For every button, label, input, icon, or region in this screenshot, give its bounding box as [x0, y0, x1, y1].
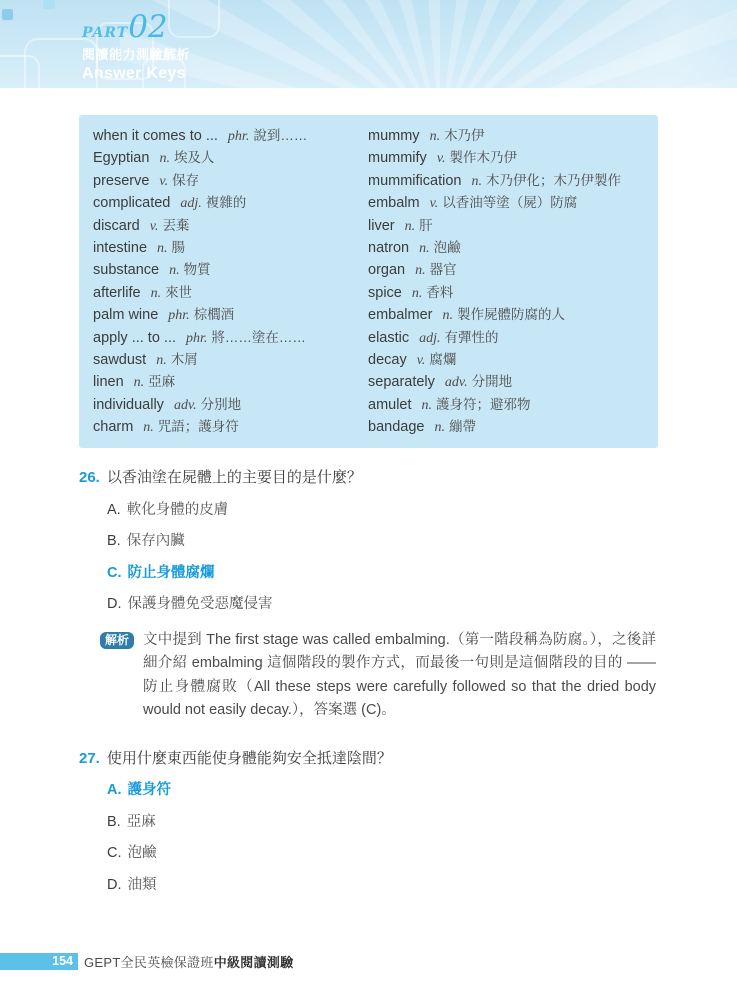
page-number-badge: 154: [0, 953, 78, 970]
vocab-item: intestinen.腸: [93, 237, 368, 259]
footer-series: GEPT全民英檢保證班: [84, 955, 214, 970]
vocab-definition: 木乃伊: [444, 128, 485, 143]
vocab-item: linenn.亞麻: [93, 371, 368, 393]
options-list: A.軟化身體的皮膚B.保存內臟C.防止身體腐爛D.保護身體免受惡魔侵害: [107, 501, 659, 615]
vocab-definition: 肝: [419, 218, 433, 233]
option-text: 軟化身體的皮膚: [127, 502, 229, 518]
option-label: A.: [107, 502, 121, 518]
option-text: 護身符: [128, 782, 172, 798]
question-number: 26.: [79, 469, 100, 486]
page-header: PART02 閱讀能力測驗解析 Answer Keys: [0, 0, 737, 88]
vocab-word: embalm: [368, 195, 420, 211]
vocab-item: Egyptiann.埃及人: [93, 147, 368, 169]
vocab-word: decay: [368, 352, 407, 368]
page-footer: 154 GEPT全民英檢保證班中級閱讀測驗: [0, 953, 737, 970]
questions-section: 26.以香油塗在屍體上的主要目的是什麼？A.軟化身體的皮膚B.保存內臟C.防止身…: [79, 468, 659, 895]
vocab-word: charm: [93, 419, 133, 435]
vocab-word: substance: [93, 262, 159, 278]
vocab-definition: 製作木乃伊: [450, 150, 518, 165]
vocab-definition: 分開地: [472, 374, 513, 389]
vocab-definition: 棕櫚酒: [194, 307, 235, 322]
vocab-pos: n.: [157, 241, 168, 256]
vocab-definition: 腸: [172, 240, 186, 255]
option-label: A.: [107, 782, 122, 798]
vocab-word: spice: [368, 285, 402, 301]
vocab-pos: v.: [150, 219, 159, 234]
vocab-pos: n.: [430, 129, 441, 144]
question-line: 26.以香油塗在屍體上的主要目的是什麼？: [79, 468, 659, 488]
vocab-pos: v.: [430, 196, 439, 211]
vocab-pos: phr.: [228, 129, 249, 144]
vocab-word: apply ... to ...: [93, 330, 176, 346]
header-subtitle-en: Answer Keys: [82, 65, 190, 83]
vocab-pos: n.: [405, 219, 416, 234]
vocab-pos: adv.: [445, 375, 468, 390]
vocab-pos: n.: [422, 398, 433, 413]
option: D.油類: [107, 876, 659, 895]
vocab-item: charmn.咒語；護身符: [93, 416, 368, 438]
vocab-definition: 複雜的: [206, 195, 247, 210]
vocab-item: mummifyv.製作木乃伊: [368, 147, 658, 169]
vocab-definition: 物質: [184, 262, 211, 277]
vocab-pos: n.: [419, 241, 430, 256]
vocabulary-box: when it comes to ...phr.說到……Egyptiann.埃及…: [79, 115, 658, 448]
explanation-text: 文中提到 The first stage was called embalmin…: [143, 629, 656, 723]
option-label: B.: [107, 533, 121, 549]
vocab-item: palm winephr.棕櫚酒: [93, 304, 368, 326]
vocab-pos: n.: [151, 286, 162, 301]
vocab-pos: v.: [159, 174, 168, 189]
option-text: 保護身體免受惡魔侵害: [128, 596, 273, 612]
vocab-definition: 木屑: [171, 352, 198, 367]
vocab-word: Egyptian: [93, 150, 149, 166]
footer-book-title: GEPT全民英檢保證班中級閱讀測驗: [84, 952, 294, 971]
vocab-item: discardv.丟棄: [93, 215, 368, 237]
vocab-column-left: when it comes to ...phr.說到……Egyptiann.埃及…: [93, 125, 368, 448]
vocab-definition: 來世: [165, 285, 192, 300]
vocab-item: substancen.物質: [93, 259, 368, 281]
option: B.亞麻: [107, 813, 659, 832]
vocab-definition: 腐爛: [429, 352, 456, 367]
vocab-item: embalmv.以香油等塗（屍）防腐: [368, 192, 658, 214]
vocab-word: afterlife: [93, 285, 141, 301]
option-correct-answer: C.防止身體腐爛: [107, 564, 659, 583]
decor-chip: [43, 0, 55, 9]
option-text: 油類: [128, 877, 157, 893]
vocab-word: liver: [368, 218, 395, 234]
vocab-definition: 有彈性的: [445, 330, 499, 345]
option-label: D.: [107, 877, 122, 893]
vocab-definition: 製作屍體防腐的人: [457, 307, 565, 322]
vocab-item: elasticadj.有彈性的: [368, 327, 658, 349]
vocab-word: individually: [93, 397, 164, 413]
vocab-definition: 泡鹼: [434, 240, 461, 255]
vocab-word: palm wine: [93, 307, 158, 323]
vocab-item: preservev.保存: [93, 170, 368, 192]
vocab-word: amulet: [368, 397, 412, 413]
vocab-item: organn.器官: [368, 259, 658, 281]
decor-rounded-square: [0, 55, 40, 88]
header-title: PART02 閱讀能力測驗解析 Answer Keys: [82, 12, 190, 83]
vocab-definition: 以香油等塗（屍）防腐: [442, 195, 577, 210]
vocab-item: livern.肝: [368, 215, 658, 237]
vocab-pos: n.: [471, 174, 482, 189]
vocab-item: mummyn.木乃伊: [368, 125, 658, 147]
question-block: 27.使用什麼東西能使身體能夠安全抵達陰間？A.護身符B.亞麻C.泡鹼D.油類: [79, 749, 659, 895]
vocab-definition: 咒語；護身符: [158, 419, 239, 434]
vocab-column-right: mummyn.木乃伊mummifyv.製作木乃伊mummificationn.木…: [368, 125, 658, 448]
question-block: 26.以香油塗在屍體上的主要目的是什麼？A.軟化身體的皮膚B.保存內臟C.防止身…: [79, 468, 659, 723]
vocab-word: elastic: [368, 330, 409, 346]
vocab-pos: n.: [415, 263, 426, 278]
vocab-item: mummificationn.木乃伊化；木乃伊製作: [368, 170, 658, 192]
vocab-pos: n.: [143, 420, 154, 435]
vocab-item: amuletn.護身符；避邪物: [368, 394, 658, 416]
vocab-item: complicatedadj.複雜的: [93, 192, 368, 214]
vocab-item: apply ... to ...phr.將……塗在……: [93, 327, 368, 349]
vocab-item: embalmern.製作屍體防腐的人: [368, 304, 658, 326]
book-page: PART02 閱讀能力測驗解析 Answer Keys when it come…: [0, 0, 737, 1004]
vocab-pos: n.: [159, 151, 170, 166]
vocab-definition: 木乃伊化；木乃伊製作: [486, 173, 621, 188]
vocab-item: bandagen.繃帶: [368, 416, 658, 438]
part-script-text: PART: [82, 25, 128, 41]
explanation-badge: 解析: [100, 632, 134, 649]
vocab-item: separatelyadv.分開地: [368, 371, 658, 393]
vocab-pos: n.: [156, 353, 167, 368]
vocab-item: individuallyadv.分別地: [93, 394, 368, 416]
part-label: PART02: [82, 12, 190, 43]
vocab-definition: 丟棄: [162, 218, 189, 233]
option: A.軟化身體的皮膚: [107, 501, 659, 520]
question-number: 27.: [79, 750, 100, 767]
option-label: B.: [107, 814, 121, 830]
vocab-word: embalmer: [368, 307, 432, 323]
vocab-item: when it comes to ...phr.說到……: [93, 125, 368, 147]
option-text: 保存內臟: [127, 533, 185, 549]
vocab-definition: 說到……: [253, 128, 307, 143]
vocab-definition: 分別地: [201, 397, 242, 412]
vocab-item: sawdustn.木屑: [93, 349, 368, 371]
vocab-definition: 保存: [172, 173, 199, 188]
vocab-definition: 器官: [430, 262, 457, 277]
vocab-item: natronn.泡鹼: [368, 237, 658, 259]
vocab-definition: 埃及人: [174, 150, 215, 165]
vocab-definition: 護身符；避邪物: [436, 397, 531, 412]
vocab-definition: 亞麻: [148, 374, 175, 389]
vocab-pos: phr.: [186, 331, 207, 346]
vocab-pos: n.: [412, 286, 423, 301]
vocab-word: bandage: [368, 419, 424, 435]
option-label: C.: [107, 565, 122, 581]
option-label: D.: [107, 596, 122, 612]
vocab-definition: 香料: [426, 285, 453, 300]
vocab-word: mummify: [368, 150, 427, 166]
part-number: 02: [128, 9, 167, 45]
vocab-word: natron: [368, 240, 409, 256]
vocab-word: organ: [368, 262, 405, 278]
vocab-word: linen: [93, 374, 124, 390]
option-text: 防止身體腐爛: [128, 565, 215, 581]
vocab-word: when it comes to ...: [93, 128, 218, 144]
vocab-pos: n.: [434, 420, 445, 435]
option-text: 泡鹼: [128, 845, 157, 861]
vocab-word: mummification: [368, 173, 461, 189]
vocab-item: decayv.腐爛: [368, 349, 658, 371]
option-label: C.: [107, 845, 122, 861]
vocab-pos: n.: [442, 308, 453, 323]
vocab-definition: 將……塗在……: [211, 330, 306, 345]
option: B.保存內臟: [107, 532, 659, 551]
option-text: 亞麻: [127, 814, 156, 830]
vocab-pos: n.: [134, 375, 145, 390]
open-book-highlight: [517, 0, 737, 88]
question-line: 27.使用什麼東西能使身體能夠安全抵達陰間？: [79, 749, 659, 769]
vocab-item: spicen.香料: [368, 282, 658, 304]
vocab-pos: adv.: [174, 398, 197, 413]
footer-title-bold: 中級閱讀測驗: [214, 955, 294, 970]
vocab-pos: n.: [169, 263, 180, 278]
explanation-block: 解析文中提到 The first stage was called embalm…: [100, 629, 659, 723]
vocab-word: complicated: [93, 195, 170, 211]
decor-chip: [2, 9, 13, 20]
vocab-pos: v.: [417, 353, 426, 368]
vocab-word: separately: [368, 374, 435, 390]
vocab-pos: adj.: [180, 196, 201, 211]
vocab-word: intestine: [93, 240, 147, 256]
option-correct-answer: A.護身符: [107, 781, 659, 800]
vocab-pos: adj.: [419, 331, 440, 346]
option: D.保護身體免受惡魔侵害: [107, 595, 659, 614]
vocab-word: mummy: [368, 128, 420, 144]
option: C.泡鹼: [107, 844, 659, 863]
vocab-word: discard: [93, 218, 140, 234]
vocab-definition: 繃帶: [449, 419, 476, 434]
vocab-pos: v.: [437, 151, 446, 166]
vocab-word: sawdust: [93, 352, 146, 368]
vocab-item: afterlifen.來世: [93, 282, 368, 304]
vocab-word: preserve: [93, 173, 149, 189]
question-text: 以香油塗在屍體上的主要目的是什麼？: [107, 469, 362, 486]
options-list: A.護身符B.亞麻C.泡鹼D.油類: [107, 781, 659, 895]
vocab-pos: phr.: [168, 308, 189, 323]
header-subtitle-zh: 閱讀能力測驗解析: [82, 44, 190, 63]
question-text: 使用什麼東西能使身體能夠安全抵達陰間？: [107, 750, 392, 767]
